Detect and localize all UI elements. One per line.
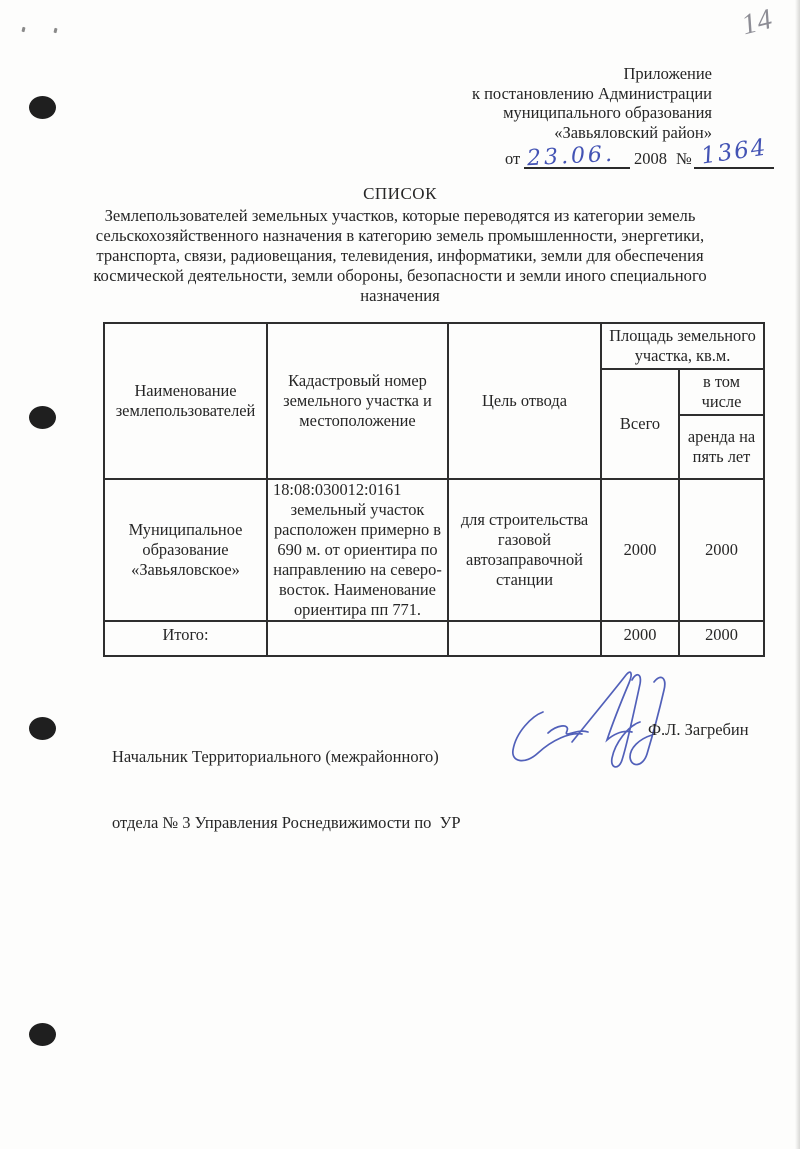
col-header-area-group: Площадь земельного участка, кв.м. bbox=[601, 323, 764, 369]
cadastral-number: 18:08:030012:0161 bbox=[273, 480, 442, 500]
scan-speck bbox=[21, 27, 25, 33]
scanned-document-page: 14 Приложение к постановлению Администра… bbox=[0, 0, 800, 1149]
land-users-table: Наименование землепользователей Кадастро… bbox=[103, 322, 765, 657]
cell-land-user-name: Муниципальное образование «Завьяловское» bbox=[104, 479, 267, 621]
cell-total-label: Итого: bbox=[104, 621, 267, 656]
col-header-cadastral: Кадастровый номер земельного участка и м… bbox=[267, 323, 448, 479]
table-row: Муниципальное образование «Завьяловское»… bbox=[104, 479, 764, 621]
signer-name: Ф.Л. Загребин bbox=[648, 720, 749, 740]
punch-hole-dot bbox=[29, 406, 56, 429]
punch-hole-dot bbox=[29, 96, 56, 119]
handwritten-page-number: 14 bbox=[738, 3, 776, 43]
location-description: земельный участок расположен примерно в … bbox=[273, 500, 442, 619]
header-line: муниципального образования bbox=[412, 103, 712, 123]
punch-hole-dot bbox=[29, 717, 56, 740]
col-header-name: Наименование землепользователей bbox=[104, 323, 267, 479]
official-position-block: Начальник Территориального (межрайонного… bbox=[112, 702, 461, 878]
col-header-including: в том числе bbox=[679, 369, 764, 415]
cell-area-lease: 2000 bbox=[679, 479, 764, 621]
col-header-lease: аренда на пять лет bbox=[679, 415, 764, 479]
number-sign: № bbox=[676, 149, 692, 169]
approval-header-block: Приложение к постановлению Администрации… bbox=[412, 64, 712, 142]
cell-cadastral-location: 18:08:030012:0161 земельный участок расп… bbox=[267, 479, 448, 621]
position-line: Начальник Территориального (межрайонного… bbox=[112, 746, 461, 768]
handwritten-date: 23.06. bbox=[526, 142, 615, 172]
document-subtitle: Землепользователей земельных участков, к… bbox=[65, 206, 735, 306]
date-prefix: от bbox=[505, 149, 520, 169]
cell-empty bbox=[267, 621, 448, 656]
header-line: «Завьяловский район» bbox=[412, 123, 712, 143]
col-header-total: Всего bbox=[601, 369, 679, 479]
handwritten-signature bbox=[480, 640, 770, 790]
document-title: СПИСОК bbox=[65, 184, 735, 204]
year-text: 2008 bbox=[634, 149, 667, 169]
punch-hole-dot bbox=[29, 1023, 56, 1046]
col-header-purpose: Цель отвода bbox=[448, 323, 601, 479]
position-line: отдела № 3 Управления Роснедвижимости по… bbox=[112, 812, 461, 834]
cell-area-total: 2000 bbox=[601, 479, 679, 621]
cell-purpose: для строительства газовой автозаправочно… bbox=[448, 479, 601, 621]
header-line: к постановлению Администрации bbox=[412, 84, 712, 104]
header-line: Приложение bbox=[412, 64, 712, 84]
scan-speck bbox=[53, 28, 57, 34]
